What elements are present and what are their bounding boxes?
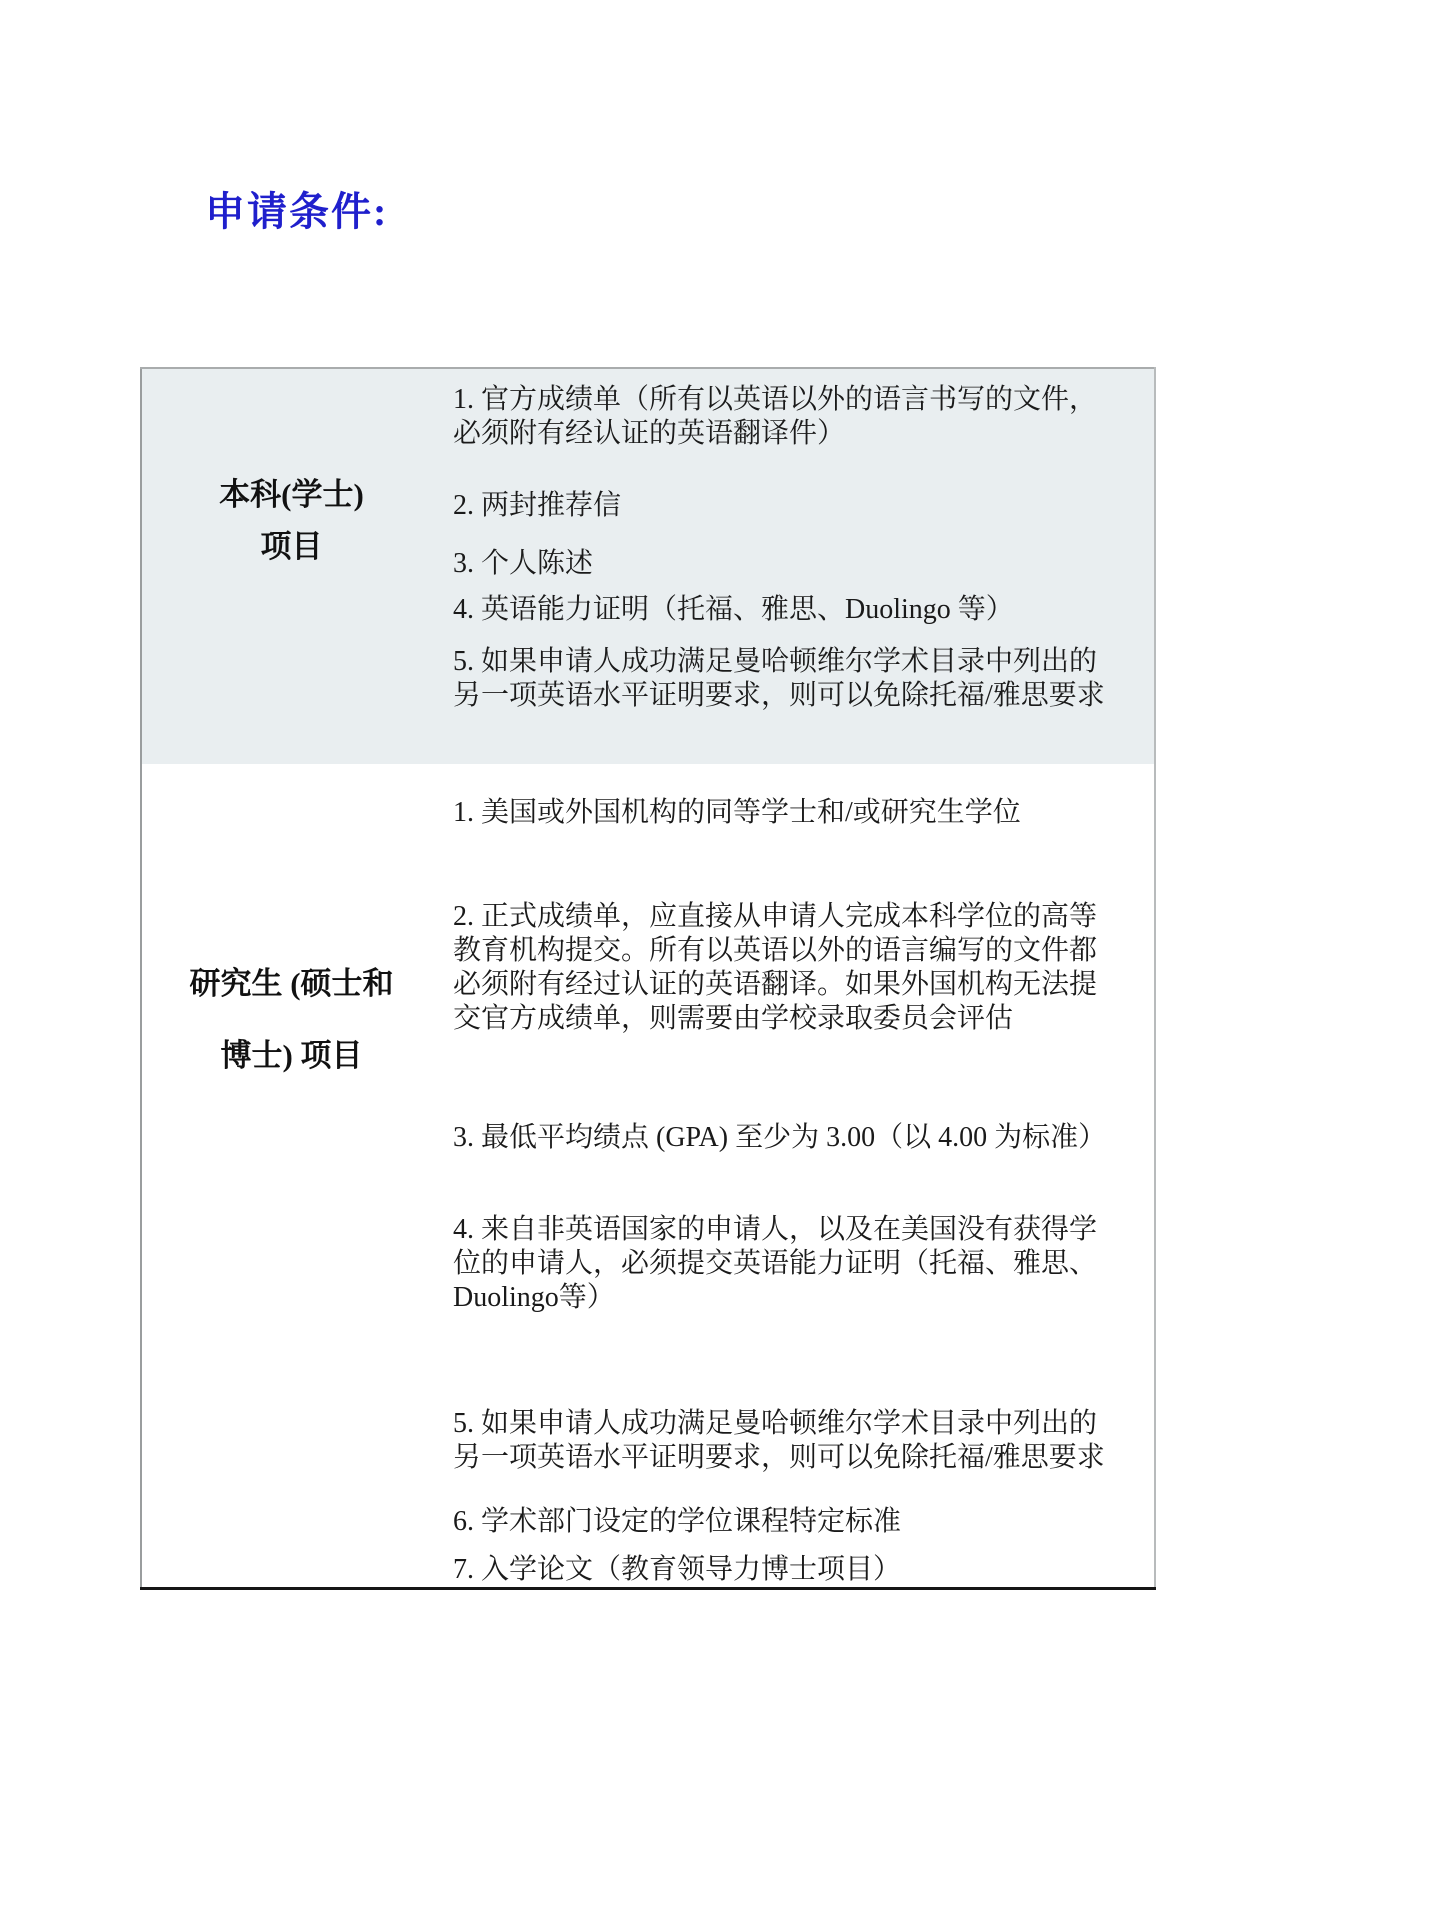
undergrad-requirement-3: 3. 个人陈述 (453, 547, 1108, 581)
undergrad-requirement-1: 1. 官方成绩单（所有以英语以外的语言书写的文件，必须附有经认证的英语翻译件） (453, 383, 1108, 451)
table-row-undergraduate: 本科(学士) 项目 1. 官方成绩单（所有以英语以外的语言书写的文件，必须附有经… (141, 368, 1155, 764)
page-title: 申请条件: (205, 188, 388, 236)
grad-requirement-5: 5. 如果申请人成功满足曼哈顿维尔学术目录中列出的另一项英语水平证明要求，则可以… (453, 1407, 1108, 1475)
graduate-requirements-cell: 1. 美国或外国机构的同等学士和/或研究生学位 2. 正式成绩单，应直接从申请人… (441, 764, 1155, 1589)
row-label-graduate: 研究生 (硕士和 博士) 项目 (141, 764, 441, 1589)
row-label-graduate-line1: 研究生 (硕士和 (143, 964, 440, 1004)
requirements-table: 本科(学士) 项目 1. 官方成绩单（所有以英语以外的语言书写的文件，必须附有经… (140, 367, 1156, 1590)
grad-requirement-7: 7. 入学论文（教育领导力博士项目） (453, 1553, 1108, 1587)
undergrad-requirement-2: 2. 两封推荐信 (453, 489, 1108, 523)
undergrad-requirement-4: 4. 英语能力证明（托福、雅思、Duolingo 等） (453, 593, 1108, 627)
row-label-graduate-line2: 博士) 项目 (143, 1036, 440, 1076)
row-label-undergraduate-line1: 本科(学士) (143, 469, 440, 521)
row-label-undergraduate: 本科(学士) 项目 (141, 368, 441, 764)
table-row-graduate: 研究生 (硕士和 博士) 项目 1. 美国或外国机构的同等学士和/或研究生学位 … (141, 764, 1155, 1589)
undergrad-requirement-5: 5. 如果申请人成功满足曼哈顿维尔学术目录中列出的另一项英语水平证明要求，则可以… (453, 645, 1108, 713)
grad-requirement-2: 2. 正式成绩单，应直接从申请人完成本科学位的高等教育机构提交。所有以英语以外的… (453, 900, 1108, 1036)
grad-requirement-4: 4. 来自非英语国家的申请人，以及在美国没有获得学位的申请人，必须提交英语能力证… (453, 1213, 1108, 1315)
grad-requirement-3: 3. 最低平均绩点 (GPA) 至少为 3.00（以 4.00 为标准） (453, 1121, 1108, 1155)
grad-requirement-1: 1. 美国或外国机构的同等学士和/或研究生学位 (453, 796, 1108, 830)
row-label-undergraduate-line2: 项目 (143, 521, 440, 573)
document-page: 申请条件: 本科(学士) 项目 1. 官方成绩单（所有以英语以外的语言书写的文件… (0, 0, 1440, 1920)
grad-requirement-6: 6. 学术部门设定的学位课程特定标准 (453, 1505, 1108, 1539)
undergraduate-requirements-cell: 1. 官方成绩单（所有以英语以外的语言书写的文件，必须附有经认证的英语翻译件） … (441, 368, 1155, 764)
